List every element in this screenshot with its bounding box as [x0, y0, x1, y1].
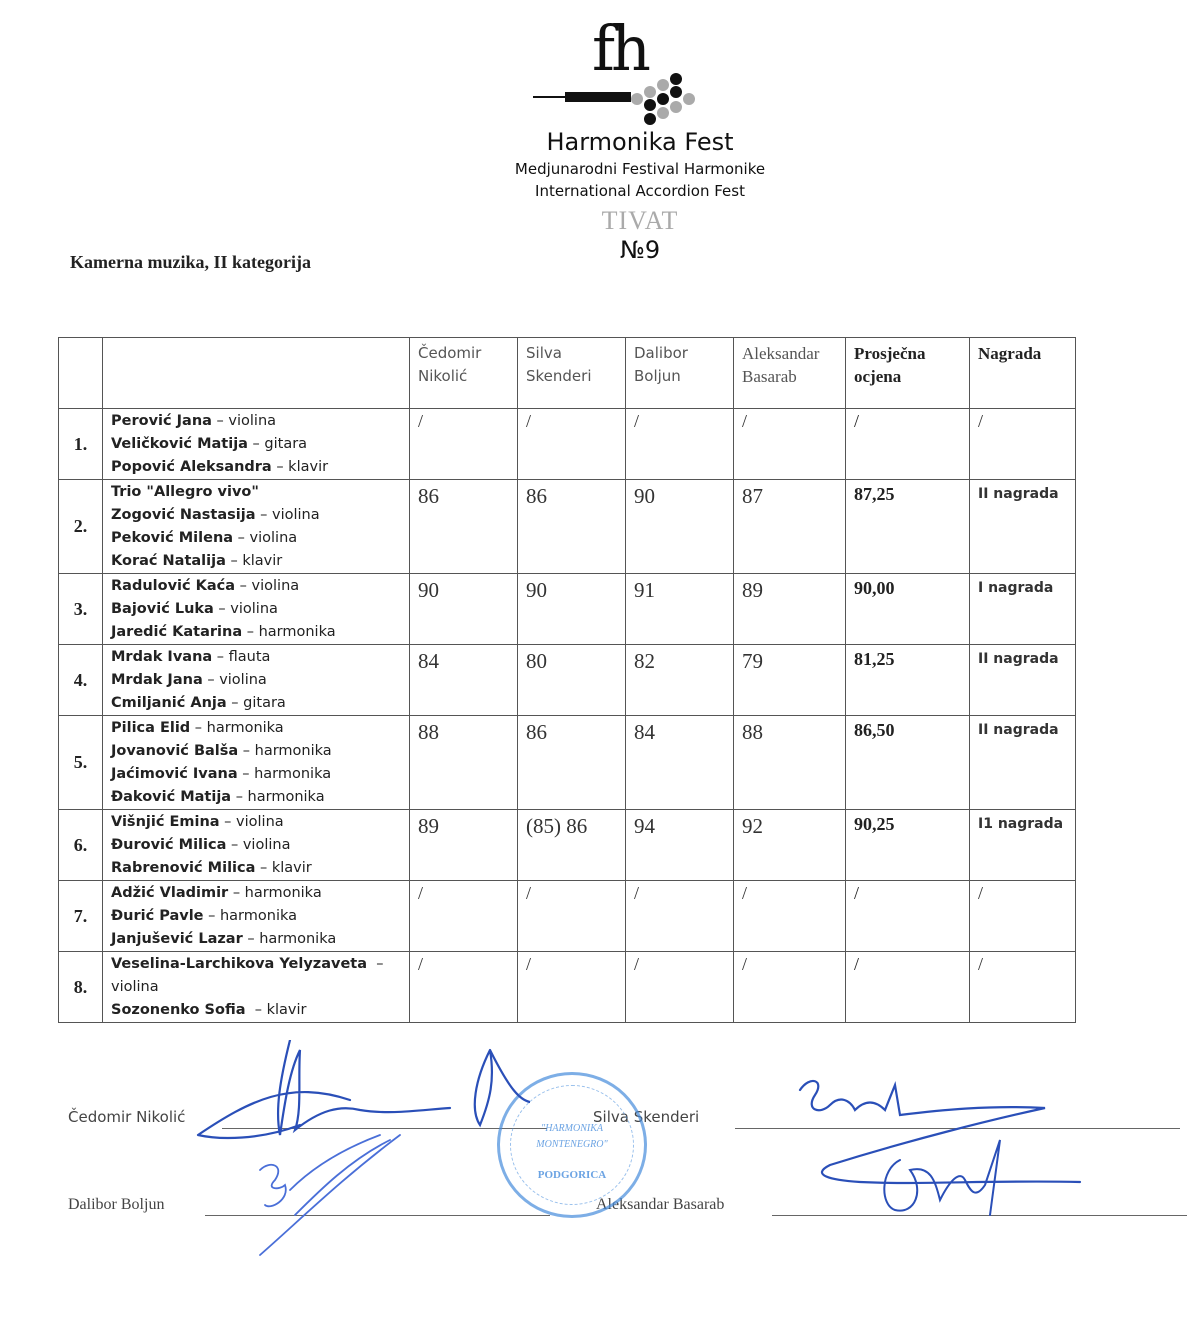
average-score: /: [846, 952, 970, 1023]
row-number: 2.: [59, 480, 103, 574]
header-participants: [103, 338, 410, 409]
header-judge-3: DaliborBoljun: [626, 338, 734, 409]
score-judge-3: /: [626, 952, 734, 1023]
logo-line-icon: [533, 96, 565, 98]
participant-entry: Bajović Luka – violina: [111, 598, 401, 621]
score-judge-1: /: [410, 952, 518, 1023]
participant-name: Đurović Milica: [111, 837, 226, 853]
row-number: 8.: [59, 952, 103, 1023]
participant-instrument: – harmonika: [228, 885, 322, 901]
logo-subtitle-local: Medjunarodni Festival Harmonike: [460, 160, 820, 178]
participant-instrument: – klavir: [246, 1002, 307, 1018]
participant-instrument: – violina: [203, 672, 267, 688]
score-judge-4: /: [734, 881, 846, 952]
header-judge-1-first: Čedomir: [418, 344, 481, 362]
participant-entry: Peković Milena – violina: [111, 527, 401, 550]
average-score: /: [846, 881, 970, 952]
header-average-line1: Prosječna: [854, 344, 925, 363]
participant-name: Peković Milena: [111, 530, 233, 546]
header-judge-4-last: Basarab: [742, 367, 797, 386]
score-judge-2: 86: [518, 716, 626, 810]
score-judge-2: /: [518, 409, 626, 480]
score-judge-4: 79: [734, 645, 846, 716]
participant-name: Mrdak Jana: [111, 672, 203, 688]
score-judge-3: 82: [626, 645, 734, 716]
participants-cell: Pilica Elid – harmonikaJovanović Balša –…: [103, 716, 410, 810]
participant-instrument: – gitara: [248, 436, 307, 452]
logo-city: TIVAT: [480, 206, 800, 236]
score-judge-3: 94: [626, 810, 734, 881]
participant-name: Đurić Pavle: [111, 908, 204, 924]
award: /: [970, 881, 1076, 952]
logo-edition: №9: [480, 236, 800, 264]
participant-instrument: – violina: [256, 507, 320, 523]
header-judge-2: SilvaSkenderi: [518, 338, 626, 409]
participant-name: Janjušević Lazar: [111, 931, 243, 947]
header-judge-3-last: Boljun: [634, 367, 681, 385]
score-judge-3: /: [626, 409, 734, 480]
participants-cell: Radulović Kaća – violinaBajović Luka – v…: [103, 574, 410, 645]
participant-instrument: – violina: [235, 578, 299, 594]
logo-dot-icon: [644, 99, 656, 111]
logo-subtitle-en: International Accordion Fest: [480, 182, 800, 200]
logo-dot-icon: [683, 93, 695, 105]
participant-name: Jovanović Balša: [111, 743, 238, 759]
participant-name: Pilica Elid: [111, 720, 190, 736]
participant-entry: Pilica Elid – harmonika: [111, 717, 401, 740]
header-award: Nagrada: [970, 338, 1076, 409]
logo-title: Harmonika Fest: [480, 128, 800, 156]
average-score: 90,00: [846, 574, 970, 645]
row-number: 1.: [59, 409, 103, 480]
average-score: /: [846, 409, 970, 480]
score-judge-4: 89: [734, 574, 846, 645]
header-average: Prosječnaocjena: [846, 338, 970, 409]
participant-name: Sozonenko Sofia: [111, 1002, 246, 1018]
score-judge-3: 84: [626, 716, 734, 810]
header-number: [59, 338, 103, 409]
participant-name: Višnjić Emina: [111, 814, 220, 830]
participant-instrument: – violina: [212, 413, 276, 429]
participant-instrument: – klavir: [272, 459, 328, 475]
participant-entry: Popović Aleksandra – klavir: [111, 456, 401, 479]
award: II nagrada: [970, 480, 1076, 574]
participant-name: Trio "Allegro vivo": [111, 484, 259, 500]
signature-label-judge-3: Dalibor Boljun: [68, 1196, 164, 1214]
score-judge-3: 90: [626, 480, 734, 574]
participant-entry: Korać Natalija – klavir: [111, 550, 401, 573]
participant-instrument: – violina: [233, 530, 297, 546]
participant-instrument: – harmonika: [204, 908, 298, 924]
logo-dot-icon: [670, 86, 682, 98]
score-judge-1: 86: [410, 480, 518, 574]
score-judge-1: 88: [410, 716, 518, 810]
participant-name: Bajović Luka: [111, 601, 214, 617]
score-judge-2: 90: [518, 574, 626, 645]
score-judge-1: /: [410, 409, 518, 480]
participant-instrument: – flauta: [212, 649, 270, 665]
score-judge-2: 80: [518, 645, 626, 716]
signature-judge-2-icon: [790, 1070, 1100, 1230]
logo-bar-icon: [565, 92, 631, 102]
header-judge-4: AleksandarBasarab: [734, 338, 846, 409]
participant-instrument: – violina: [220, 814, 284, 830]
participant-entry: Jaredić Katarina – harmonika: [111, 621, 401, 644]
participant-name: Popović Aleksandra: [111, 459, 272, 475]
participant-entry: Rabrenović Milica – klavir: [111, 857, 401, 880]
award: I nagrada: [970, 574, 1076, 645]
participant-instrument: – violina: [214, 601, 278, 617]
participant-instrument: – harmonika: [238, 743, 332, 759]
header-judge-1: ČedomirNikolić: [410, 338, 518, 409]
score-judge-3: 91: [626, 574, 734, 645]
participant-name: Rabrenović Milica: [111, 860, 255, 876]
participant-entry: Đurić Pavle – harmonika: [111, 905, 401, 928]
row-number: 5.: [59, 716, 103, 810]
participants-cell: Višnjić Emina – violinaĐurović Milica – …: [103, 810, 410, 881]
participant-name: Veličković Matija: [111, 436, 248, 452]
participant-entry: Veličković Matija – gitara: [111, 433, 401, 456]
participant-name: Jaćimović Ivana: [111, 766, 238, 782]
participant-entry: Sozonenko Sofia – klavir: [111, 999, 401, 1022]
table-row: 5.Pilica Elid – harmonikaJovanović Balša…: [59, 716, 1076, 810]
header-judge-3-first: Dalibor: [634, 344, 688, 362]
participants-cell: Veselina-Larchikova Yelyzaveta – violina…: [103, 952, 410, 1023]
accordion-logo-icon: fh: [480, 10, 800, 130]
participant-instrument: – harmonika: [242, 624, 336, 640]
participant-entry: Višnjić Emina – violina: [111, 811, 401, 834]
festival-logo: fh Harmonika Fest Medjunarodni Festival …: [480, 10, 800, 260]
participants-cell: Trio "Allegro vivo"Zogović Nastasija – v…: [103, 480, 410, 574]
header-judge-4-first: Aleksandar: [742, 344, 819, 363]
participant-name: Zogović Nastasija: [111, 507, 256, 523]
participant-name: Jaredić Katarina: [111, 624, 242, 640]
header-judge-2-last: Skenderi: [526, 367, 592, 385]
row-number: 6.: [59, 810, 103, 881]
logo-monogram: fh: [592, 18, 647, 80]
score-judge-4: /: [734, 952, 846, 1023]
table-row: 4.Mrdak Ivana – flautaMrdak Jana – violi…: [59, 645, 1076, 716]
participant-entry: Janjušević Lazar – harmonika: [111, 928, 401, 951]
participant-name: Korać Natalija: [111, 553, 226, 569]
score-judge-2: /: [518, 881, 626, 952]
logo-dot-icon: [657, 79, 669, 91]
participant-entry: Mrdak Jana – violina: [111, 669, 401, 692]
average-score: 90,25: [846, 810, 970, 881]
participants-cell: Adžić Vladimir – harmonikaĐurić Pavle – …: [103, 881, 410, 952]
stamp-city: PODGORICA: [500, 1169, 644, 1181]
participant-name: Cmiljanić Anja: [111, 695, 227, 711]
score-judge-4: 92: [734, 810, 846, 881]
row-number: 3.: [59, 574, 103, 645]
results-table: ČedomirNikolić SilvaSkenderi DaliborBolj…: [58, 337, 1076, 1023]
participant-entry: Radulović Kaća – violina: [111, 575, 401, 598]
score-judge-2: (85) 86: [518, 810, 626, 881]
participant-entry: Zogović Nastasija – violina: [111, 504, 401, 527]
score-judge-1: 90: [410, 574, 518, 645]
participant-entry: Trio "Allegro vivo": [111, 481, 401, 504]
award: II nagrada: [970, 716, 1076, 810]
score-judge-1: 84: [410, 645, 518, 716]
table-row: 8.Veselina-Larchikova Yelyzaveta – violi…: [59, 952, 1076, 1023]
signature-label-judge-1: Čedomir Nikolić: [68, 1108, 185, 1126]
participant-name: Veselina-Larchikova Yelyzaveta: [111, 956, 367, 972]
participant-entry: Adžić Vladimir – harmonika: [111, 882, 401, 905]
participant-instrument: – harmonika: [190, 720, 284, 736]
participant-instrument: – harmonika: [238, 766, 332, 782]
participant-instrument: – violina: [226, 837, 290, 853]
award: II nagrada: [970, 645, 1076, 716]
table-row: 6.Višnjić Emina – violinaĐurović Milica …: [59, 810, 1076, 881]
header-award-label: Nagrada: [970, 338, 1075, 365]
table-row: 1.Perović Jana – violinaVeličković Matij…: [59, 409, 1076, 480]
table-row: 2.Trio "Allegro vivo"Zogović Nastasija –…: [59, 480, 1076, 574]
participant-entry: Mrdak Ivana – flauta: [111, 646, 401, 669]
participants-cell: Mrdak Ivana – flautaMrdak Jana – violina…: [103, 645, 410, 716]
participant-entry: Perović Jana – violina: [111, 410, 401, 433]
award: /: [970, 952, 1076, 1023]
participant-instrument: – klavir: [226, 553, 282, 569]
participant-instrument: – harmonika: [231, 789, 325, 805]
participant-name: Adžić Vladimir: [111, 885, 228, 901]
award: /: [970, 409, 1076, 480]
participant-entry: Jovanović Balša – harmonika: [111, 740, 401, 763]
participant-name: Perović Jana: [111, 413, 212, 429]
participant-entry: Jaćimović Ivana – harmonika: [111, 763, 401, 786]
participant-instrument: – harmonika: [243, 931, 337, 947]
header-average-line2: ocjena: [854, 367, 901, 386]
score-judge-2: /: [518, 952, 626, 1023]
document-title: Kamerna muzika, II kategorija: [70, 252, 311, 273]
score-judge-2: 86: [518, 480, 626, 574]
score-judge-1: /: [410, 881, 518, 952]
signature-judge-3-icon: [230, 1130, 430, 1260]
participant-entry: Đurović Milica – violina: [111, 834, 401, 857]
logo-dot-icon: [670, 101, 682, 113]
header-judge-1-last: Nikolić: [418, 367, 467, 385]
header-judge-2-first: Silva: [526, 344, 562, 362]
score-judge-4: 88: [734, 716, 846, 810]
average-score: 81,25: [846, 645, 970, 716]
logo-dot-icon: [670, 73, 682, 85]
row-number: 7.: [59, 881, 103, 952]
score-judge-4: 87: [734, 480, 846, 574]
logo-dot-icon: [657, 107, 669, 119]
average-score: 87,25: [846, 480, 970, 574]
award: I1 nagrada: [970, 810, 1076, 881]
participant-entry: Cmiljanić Anja – gitara: [111, 692, 401, 715]
participant-name: Mrdak Ivana: [111, 649, 212, 665]
score-judge-1: 89: [410, 810, 518, 881]
score-judge-3: /: [626, 881, 734, 952]
table-row: 3.Radulović Kaća – violinaBajović Luka –…: [59, 574, 1076, 645]
participant-name: Radulović Kaća: [111, 578, 235, 594]
table-header-row: ČedomirNikolić SilvaSkenderi DaliborBolj…: [59, 338, 1076, 409]
logo-dot-icon: [657, 93, 669, 105]
table-row: 7.Adžić Vladimir – harmonikaĐurić Pavle …: [59, 881, 1076, 952]
participants-cell: Perović Jana – violinaVeličković Matija …: [103, 409, 410, 480]
row-number: 4.: [59, 645, 103, 716]
participant-entry: Đaković Matija – harmonika: [111, 786, 401, 809]
participant-instrument: – klavir: [255, 860, 311, 876]
participant-entry: Veselina-Larchikova Yelyzaveta – violina: [111, 953, 401, 999]
logo-dot-icon: [644, 113, 656, 125]
logo-dot-icon: [644, 86, 656, 98]
score-judge-4: /: [734, 409, 846, 480]
logo-dot-icon: [631, 93, 643, 105]
participant-instrument: – gitara: [227, 695, 286, 711]
participant-name: Đaković Matija: [111, 789, 231, 805]
average-score: 86,50: [846, 716, 970, 810]
